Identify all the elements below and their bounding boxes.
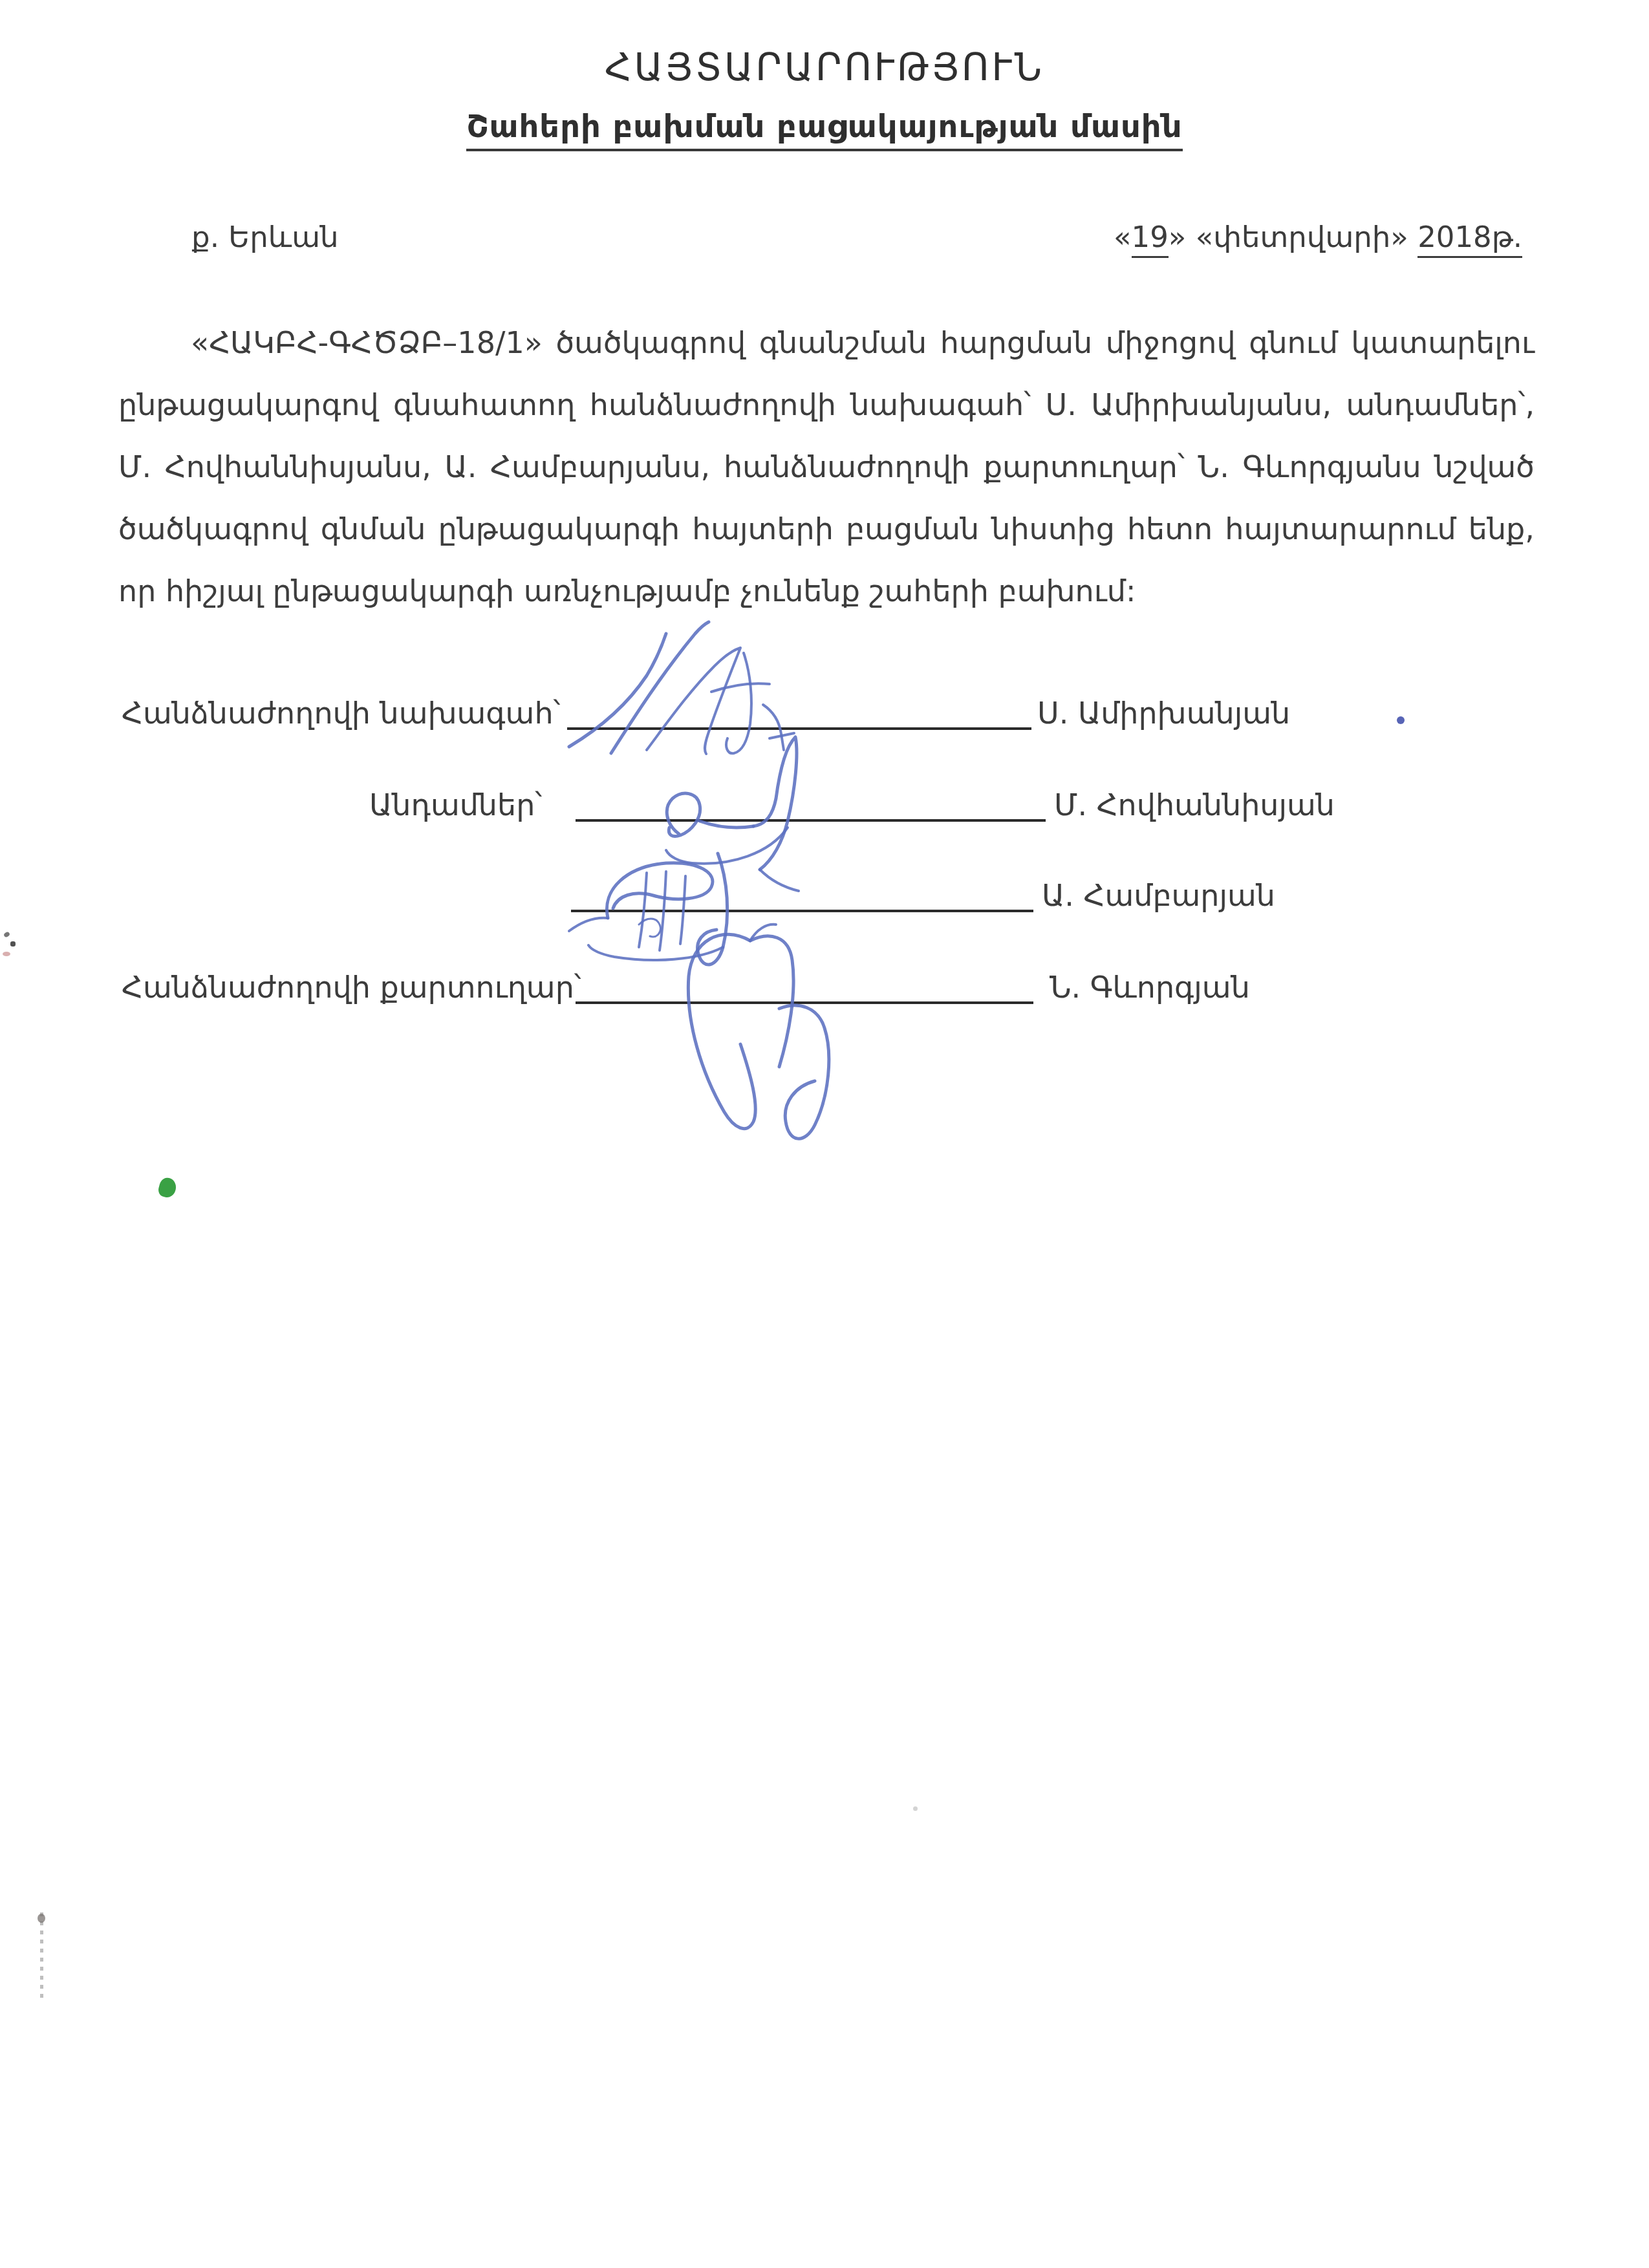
date-year: 2018թ.	[1417, 220, 1522, 258]
date-month: փետրվարի	[1213, 220, 1390, 254]
date-day: 19	[1132, 220, 1169, 258]
date-line: «19» «փետրվարի» 2018թ.	[1114, 220, 1522, 254]
scan-artifact-edge-speck	[3, 952, 10, 956]
document-page: ՀԱՅՏԱՐԱՐՈՒԹՅՈՒՆ Շահերի բախման բացակայութ…	[0, 0, 1649, 2268]
signature-label-chairman: Հանձնաժողովի նախագահ՝	[122, 696, 561, 731]
scan-artifact-edge-speck	[3, 931, 10, 938]
signature-label-members: Անդամներ՝	[369, 787, 542, 822]
signature-line-member-2	[571, 910, 1033, 912]
signatory-name-secretary: Ն. Գևորգյան	[1050, 970, 1250, 1005]
signatory-name-member-1: Մ. Հովհաննիսյան	[1054, 787, 1335, 822]
document-subtitle-row: Շահերի բախման բացակայության մասին	[0, 109, 1649, 151]
scan-artifact-ink-dot	[1397, 716, 1405, 724]
signatory-name-member-2: Ա. Համբարյան	[1042, 878, 1275, 913]
scan-artifact-streak-blob	[38, 1914, 45, 1923]
date-close-quote: »	[1390, 220, 1408, 254]
signature-label-secretary: Հանձնաժողովի քարտուղար՝	[122, 970, 581, 1005]
document-title: ՀԱՅՏԱՐԱՐՈՒԹՅՈՒՆ	[0, 45, 1649, 89]
signature-line-member-1	[576, 819, 1046, 822]
signature-line-chairman	[567, 727, 1031, 730]
body-paragraph: «ՀԱԿԲՀ-ԳՀԾՁԲ–18/1» ծածկագրով գնանշման հա…	[118, 312, 1535, 622]
scan-artifact-edge-speck	[10, 941, 16, 947]
signature-line-secretary	[576, 1001, 1033, 1004]
handwritten-signature-member-1-icon	[640, 731, 873, 899]
scan-artifact-green-speck	[157, 1176, 178, 1199]
date-mid-quotes: » «	[1169, 220, 1213, 254]
date-open-quote: «	[1114, 220, 1132, 254]
scan-artifact-faint-dot	[913, 1806, 918, 1811]
handwritten-signature-secretary-icon	[653, 905, 886, 1164]
signatory-name-chairman: Ս. Ամիրխանյան	[1037, 696, 1290, 731]
document-subtitle: Շահերի բախման բացակայության մասին	[466, 109, 1182, 151]
handwritten-signature-chairman-icon	[550, 614, 821, 776]
scan-artifact-streak	[40, 1912, 43, 1998]
place-line: ք. Երևան	[191, 220, 339, 254]
handwritten-signature-member-2-icon	[556, 828, 828, 976]
